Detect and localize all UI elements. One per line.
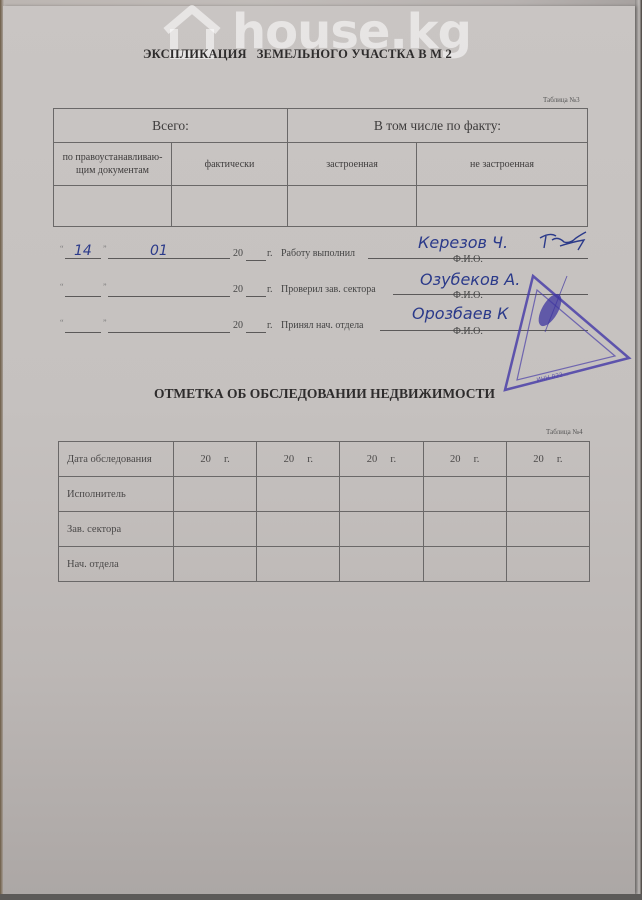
triangle-stamp: ИНН 022... (495, 272, 635, 400)
header-built: застроенная (288, 143, 417, 186)
cell[interactable] (340, 512, 423, 547)
cell[interactable] (423, 512, 506, 547)
month-field[interactable] (108, 244, 230, 259)
cell[interactable] (257, 547, 340, 582)
year-field[interactable] (246, 282, 266, 297)
table-row: Дата обследования 20 г. 20 г. 20 г. 20 г… (59, 442, 590, 477)
cell-not-built[interactable] (417, 186, 588, 227)
header-not-built: не застроенная (417, 143, 588, 186)
cell-actual[interactable] (172, 186, 288, 227)
cell[interactable] (423, 547, 506, 582)
table4-label: Таблица №4 (546, 428, 583, 436)
header-by-fact: В том числе по факту: (288, 109, 588, 143)
table3-label: Таблица №3 (543, 96, 580, 104)
year-prefix: 20 (233, 248, 243, 259)
year-prefix: 20 (233, 284, 243, 295)
page-edge-right (635, 0, 642, 900)
explication-table: Всего: В том числе по факту: по правоуст… (53, 108, 588, 227)
date-cell[interactable]: 20 г. (174, 442, 257, 477)
cell[interactable] (506, 547, 589, 582)
row-header-department-head: Нач. отдела (59, 547, 174, 582)
month-value: 01 (150, 243, 168, 259)
row-header-date: Дата обследования (59, 442, 174, 477)
row-header-sector-head: Зав. сектора (59, 512, 174, 547)
cell-by-documents[interactable] (54, 186, 172, 227)
table-row: Нач. отдела (59, 547, 590, 582)
year-suffix: г. (267, 320, 272, 331)
day-field[interactable] (65, 282, 101, 297)
explication-title: ЭКСПЛИКАЦИЯ ЗЕМЕЛЬНОГО УЧАСТКА В М 2 (143, 47, 452, 62)
table-row: Зав. сектора (59, 512, 590, 547)
date-cell[interactable]: 20 г. (340, 442, 423, 477)
month-field[interactable] (108, 282, 230, 297)
cell[interactable] (340, 547, 423, 582)
cell[interactable] (506, 477, 589, 512)
name-performed: Керезов Ч. (418, 233, 508, 252)
year-suffix: г. (267, 284, 272, 295)
fio-label: Ф.И.О. (453, 254, 483, 265)
date-cell[interactable]: 20 г. (506, 442, 589, 477)
day-field[interactable] (65, 318, 101, 333)
date-cell[interactable]: 20 г. (423, 442, 506, 477)
table-row: Исполнитель (59, 477, 590, 512)
role-accepted: Принял нач. отдела (281, 320, 364, 331)
cell[interactable] (506, 512, 589, 547)
fio-label: Ф.И.О. (453, 290, 483, 301)
cell[interactable] (423, 477, 506, 512)
table-surface (0, 894, 642, 900)
cell[interactable] (174, 477, 257, 512)
inspection-title: ОТМЕТКА ОБ ОБСЛЕДОВАНИИ НЕДВИЖИМОСТИ (154, 386, 495, 402)
name-accepted: Орозбаев К (412, 304, 508, 323)
row-header-performer: Исполнитель (59, 477, 174, 512)
stamp-text: ИНН 022... (536, 370, 569, 384)
header-by-documents: по правоустанавливаю-щим документам (54, 143, 172, 186)
cell[interactable] (340, 477, 423, 512)
cell-built[interactable] (288, 186, 417, 227)
header-actual: фактически (172, 143, 288, 186)
signature-scribble (536, 230, 590, 254)
cell[interactable] (174, 547, 257, 582)
header-total: Всего: (54, 109, 288, 143)
year-field[interactable] (246, 318, 266, 333)
inspection-table: Дата обследования 20 г. 20 г. 20 г. 20 г… (58, 441, 590, 582)
cell[interactable] (174, 512, 257, 547)
fio-label: Ф.И.О. (453, 326, 483, 337)
month-field[interactable] (108, 318, 230, 333)
role-performed: Работу выполнил (281, 248, 355, 259)
role-checked: Проверил зав. сектора (281, 284, 376, 295)
year-prefix: 20 (233, 320, 243, 331)
year-suffix: г. (267, 248, 272, 259)
day-value: 14 (74, 243, 92, 259)
year-field[interactable] (246, 246, 266, 261)
cell[interactable] (257, 477, 340, 512)
cell[interactable] (257, 512, 340, 547)
date-cell[interactable]: 20 г. (257, 442, 340, 477)
